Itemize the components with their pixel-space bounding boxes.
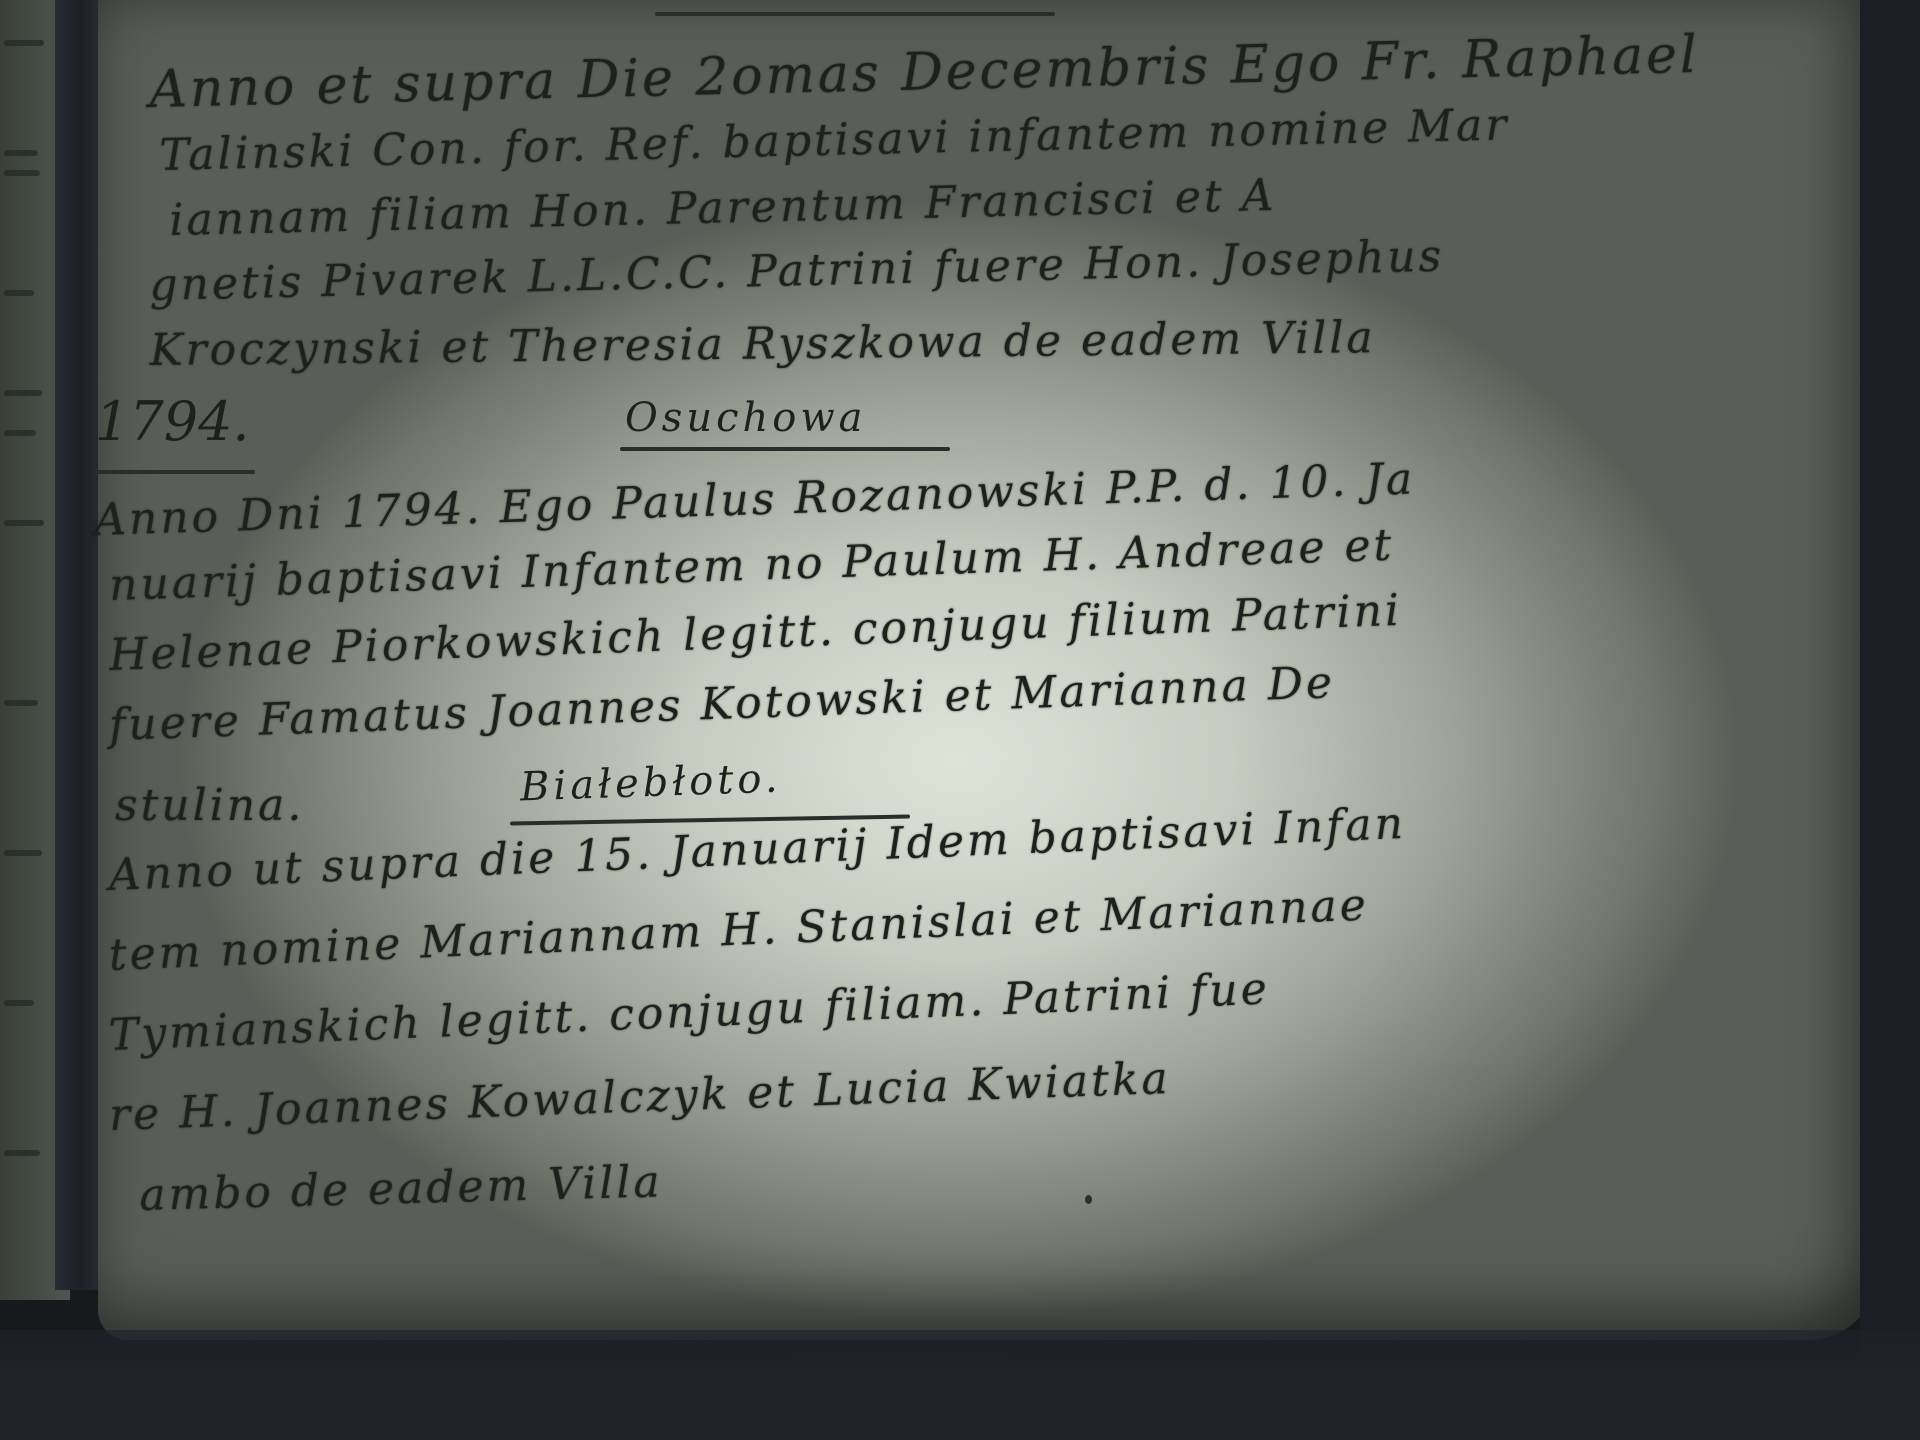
entry-2-line-5: stulina. xyxy=(115,780,304,831)
dark-background-right xyxy=(1860,0,1920,1440)
margin-year: 1794. xyxy=(95,390,250,453)
photograph: Anno et supra Die 2omas Decembris Ego Fr… xyxy=(0,0,1920,1440)
heading-underline-top xyxy=(655,12,1055,16)
entry-3-village-heading: Białebłoto. xyxy=(519,755,782,810)
entry-2-village-heading: Osuchowa xyxy=(625,395,866,441)
margin-year-underline xyxy=(95,470,255,474)
ink-speck xyxy=(1085,1195,1092,1204)
entry-2-heading-underline xyxy=(620,447,950,451)
dark-background-bottom xyxy=(0,1330,1920,1440)
